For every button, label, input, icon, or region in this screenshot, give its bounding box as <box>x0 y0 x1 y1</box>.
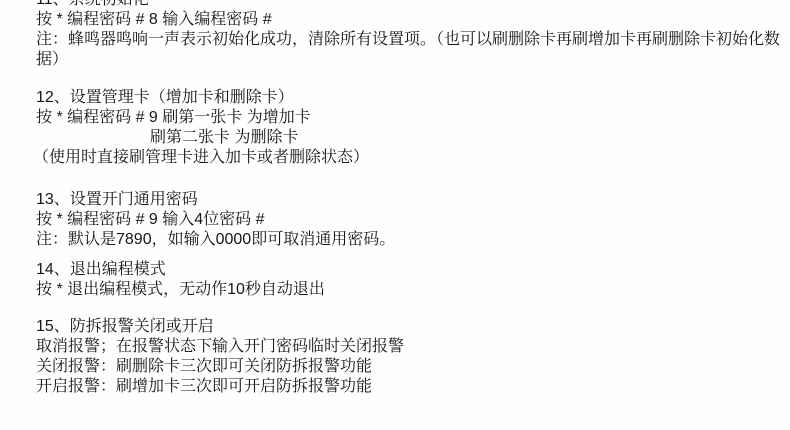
section-11-step: 按 * 编程密码 # 8 输入编程密码 # <box>36 10 790 30</box>
section-11-system-init: 11、系统初始化 按 * 编程密码 # 8 输入编程密码 # 注：蜂鸣器鸣响一声… <box>36 0 790 70</box>
manual-text-block: 11、系统初始化 按 * 编程密码 # 8 输入编程密码 # 注：蜂鸣器鸣响一声… <box>0 0 790 397</box>
section-14-title: 14、退出编程模式 <box>36 260 790 280</box>
manual-page: 11、系统初始化 按 * 编程密码 # 8 输入编程密码 # 注：蜂鸣器鸣响一声… <box>0 0 790 430</box>
section-13-title: 13、设置开门通用密码 <box>36 190 790 210</box>
section-14-exit-programming: 14、退出编程模式 按 * 退出编程模式，无动作10秒自动退出 <box>36 260 790 300</box>
section-12-step-delete-card: 刷第二张卡 为删除卡 <box>36 128 790 148</box>
section-11-title: 11、系统初始化 <box>36 0 790 10</box>
section-11-note: 注：蜂鸣器鸣响一声表示初始化成功，清除所有设置项。（也可以刷删除卡再刷增加卡再刷… <box>36 30 790 50</box>
section-13-common-password: 13、设置开门通用密码 按 * 编程密码 # 9 输入4位密码 # 注：默认是7… <box>36 190 790 250</box>
section-14-step: 按 * 退出编程模式，无动作10秒自动退出 <box>36 280 790 300</box>
section-15-disable-alarm: 关闭报警：刷删除卡三次即可关闭防拆报警功能 <box>36 357 790 377</box>
section-15-title: 15、防拆报警关闭或开启 <box>36 317 790 337</box>
section-12-step-add-card: 按 * 编程密码 # 9 刷第一张卡 为增加卡 <box>36 108 790 128</box>
section-13-step: 按 * 编程密码 # 9 输入4位密码 # <box>36 210 790 230</box>
section-13-note: 注：默认是7890，如输入0000即可取消通用密码。 <box>36 230 790 250</box>
section-12-usage-note: （使用时直接刷管理卡进入加卡或者删除状态） <box>33 148 790 168</box>
section-15-enable-alarm: 开启报警：刷增加卡三次即可开启防拆报警功能 <box>36 377 790 397</box>
section-15-cancel-alarm: 取消报警；在报警状态下输入开门密码临时关闭报警 <box>36 337 790 357</box>
section-12-manager-cards: 12、设置管理卡（增加卡和删除卡） 按 * 编程密码 # 9 刷第一张卡 为增加… <box>36 88 790 168</box>
section-11-note-wrap: 据） <box>36 50 790 70</box>
section-15-tamper-alarm: 15、防拆报警关闭或开启 取消报警；在报警状态下输入开门密码临时关闭报警 关闭报… <box>36 317 790 397</box>
section-12-title: 12、设置管理卡（增加卡和删除卡） <box>36 88 790 108</box>
